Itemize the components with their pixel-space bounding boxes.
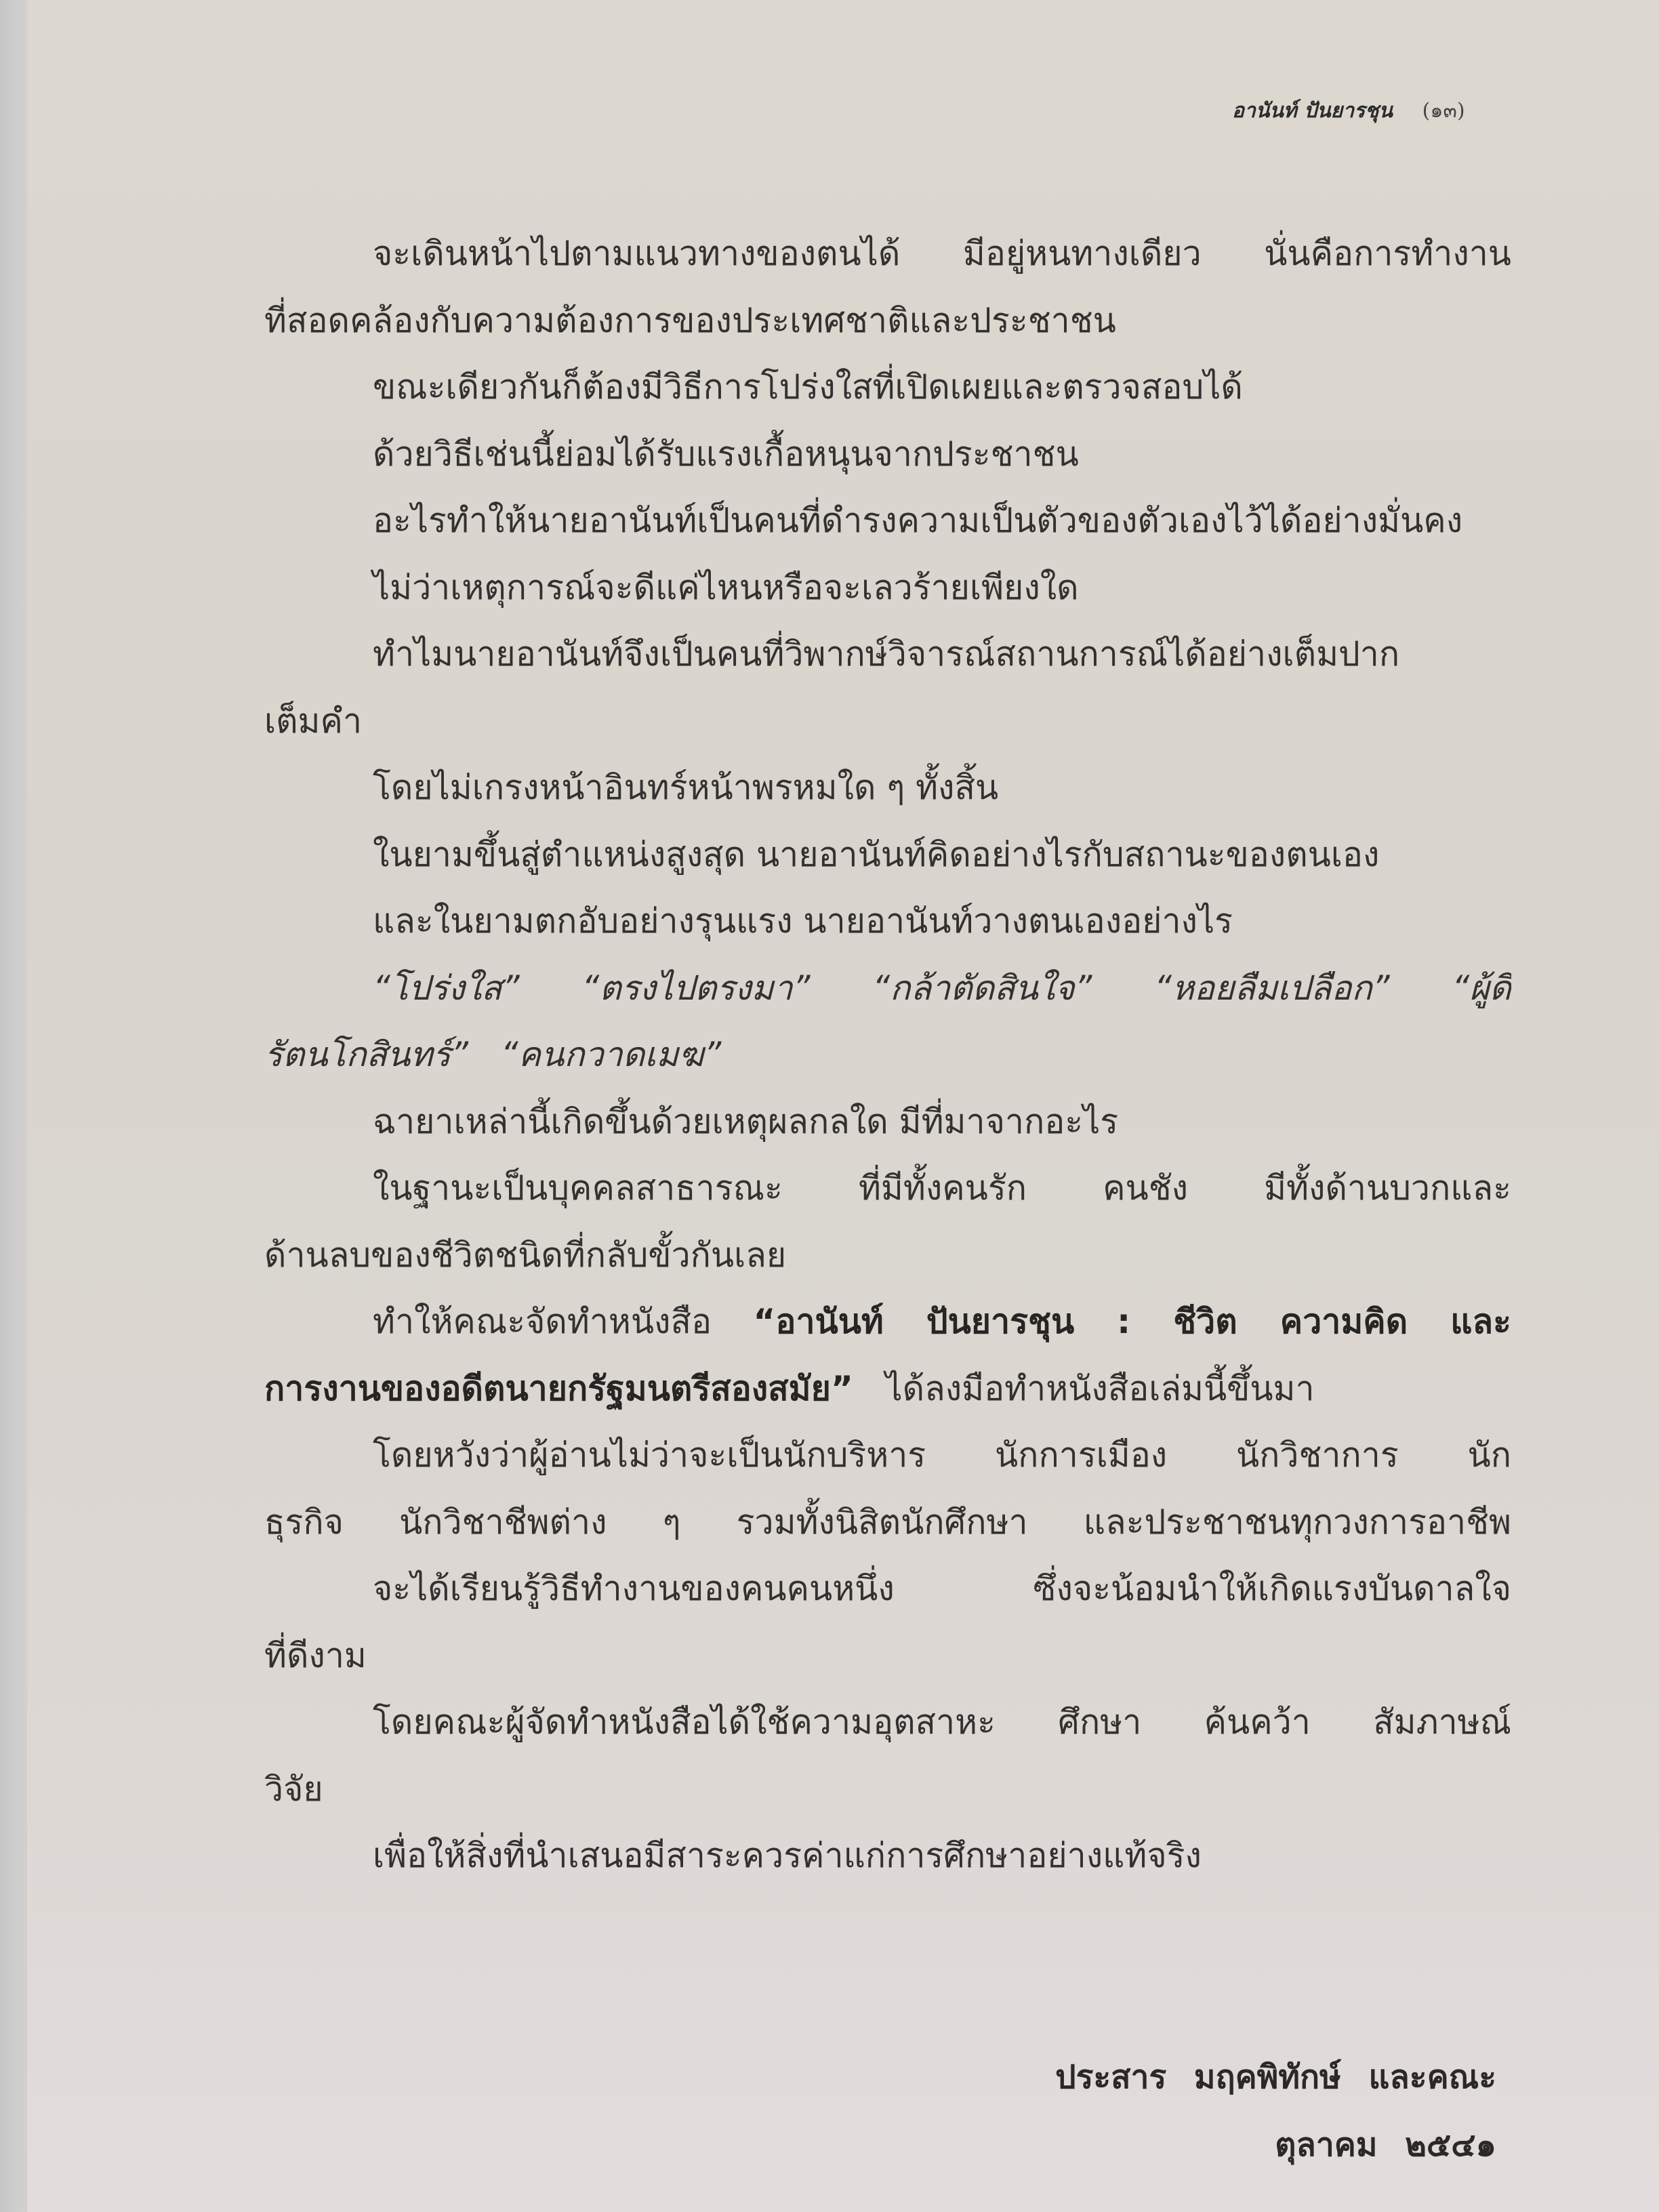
nicknames-line: รัตนโกสินทร์” “คนกวาดเมฆ” [264, 1021, 1511, 1088]
book-title-lead: ทำให้คณะจัดทำหนังสือ [373, 1302, 712, 1341]
text-line: อะไรทำให้นายอานันท์เป็นคนที่ดำรงความเป็น… [264, 487, 1511, 554]
nickname: “กล้าตัดสินใจ” [872, 968, 1092, 1008]
running-header-title: อานันท์ ปันยารชุน [1232, 99, 1393, 123]
text-line: โดยไม่เกรงหน้าอินทร์หน้าพรหมใด ๆ ทั้งสิ้… [264, 754, 1511, 821]
text-line: โดยคณะผู้จัดทำหนังสือได้ใช้ความอุตสาหะ ศ… [264, 1689, 1511, 1756]
signature-authors: ประสาร มฤคพิทักษ์ และคณะ [1055, 2043, 1496, 2111]
text-line: และในยามตกอับอย่างรุนแรง นายอานันท์วางตน… [264, 888, 1511, 955]
nickname: รัตนโกสินทร์” [264, 1035, 468, 1074]
nickname: “ผู้ดี [1452, 968, 1511, 1008]
nickname: “คนกวาดเมฆ” [501, 1035, 722, 1074]
text-line: ที่ดีงาม [264, 1622, 1511, 1689]
nickname: “ตรงไปตรงมา” [581, 968, 810, 1008]
text-line: โดยหวังว่าผู้อ่านไม่ว่าจะเป็นนักบริหาร น… [264, 1422, 1511, 1489]
running-header: อานันท์ ปันยารชุน (๑๓) [1232, 95, 1465, 127]
book-title-line: การงานของอดีตนายกรัฐมนตรีสองสมัย” ได้ลงม… [264, 1355, 1511, 1422]
text-line: จะได้เรียนรู้วิธีทำงานของคนคนหนึ่ง ซึ่งจ… [264, 1555, 1511, 1622]
book-title: “อานันท์ ปันยารชุน : ชีวิต ความคิด และ [754, 1302, 1511, 1341]
text-line: ที่สอดคล้องกับความต้องการของประเทศชาติแล… [264, 287, 1511, 354]
text-line: วิจัย [264, 1756, 1511, 1823]
book-title-tail: ได้ลงมือทำหนังสือเล่มนี้ขึ้นมา [886, 1369, 1315, 1408]
text-line: จะเดินหน้าไปตามแนวทางของตนได้ มีอยู่หนทา… [264, 220, 1511, 287]
text-line: ทำไมนายอานันท์จึงเป็นคนที่วิพากษ์วิจารณ์… [264, 621, 1511, 688]
signature-block: ประสาร มฤคพิทักษ์ และคณะ ตุลาคม ๒๕๔๑ [1055, 2043, 1496, 2179]
nickname: “หอยลืมเปลือก” [1154, 968, 1389, 1008]
text-line: ด้วยวิธีเช่นนี้ย่อมได้รับแรงเกื้อหนุนจาก… [264, 421, 1511, 488]
text-line: ไม่ว่าเหตุการณ์จะดีแค่ไหนหรือจะเลวร้ายเพ… [264, 554, 1511, 621]
text-line: เต็มคำ [264, 688, 1511, 755]
adjacent-page-edge [0, 0, 30, 2212]
book-title: การงานของอดีตนายกรัฐมนตรีสองสมัย” [264, 1369, 853, 1408]
text-line: ธุรกิจ นักวิชาชีพต่าง ๆ รวมทั้งนิสิตนักศ… [264, 1489, 1511, 1556]
nicknames-line: “โปร่งใส” “ตรงไปตรงมา” “กล้าตัดสินใจ” “ห… [264, 955, 1511, 1022]
book-page: อานันท์ ปันยารชุน (๑๓) จะเดินหน้าไปตามแน… [27, 0, 1659, 2212]
text-line: ในฐานะเป็นบุคคลสาธารณะ ที่มีทั้งคนรัก คน… [264, 1155, 1511, 1222]
signature-date: ตุลาคม ๒๕๔๑ [1055, 2111, 1496, 2179]
book-title-line: ทำให้คณะจัดทำหนังสือ “อานันท์ ปันยารชุน … [264, 1288, 1511, 1355]
text-line: ฉายาเหล่านี้เกิดขึ้นด้วยเหตุผลกลใด มีที่… [264, 1088, 1511, 1155]
page-number: (๑๓) [1422, 99, 1465, 123]
text-line: ด้านลบของชีวิตชนิดที่กลับขั้วกันเลย [264, 1222, 1511, 1289]
nickname: “โปร่งใส” [373, 968, 520, 1008]
preface-body: จะเดินหน้าไปตามแนวทางของตนได้ มีอยู่หนทา… [264, 220, 1511, 1889]
text-line: ในยามขึ้นสู่ตำแหน่งสูงสุด นายอานันท์คิดอ… [264, 821, 1511, 888]
text-line: เพื่อให้สิ่งที่นำเสนอมีสาระควรค่าแก่การศ… [264, 1822, 1511, 1889]
text-line: ขณะเดียวกันก็ต้องมีวิธีการโปร่งใสที่เปิด… [264, 354, 1511, 421]
